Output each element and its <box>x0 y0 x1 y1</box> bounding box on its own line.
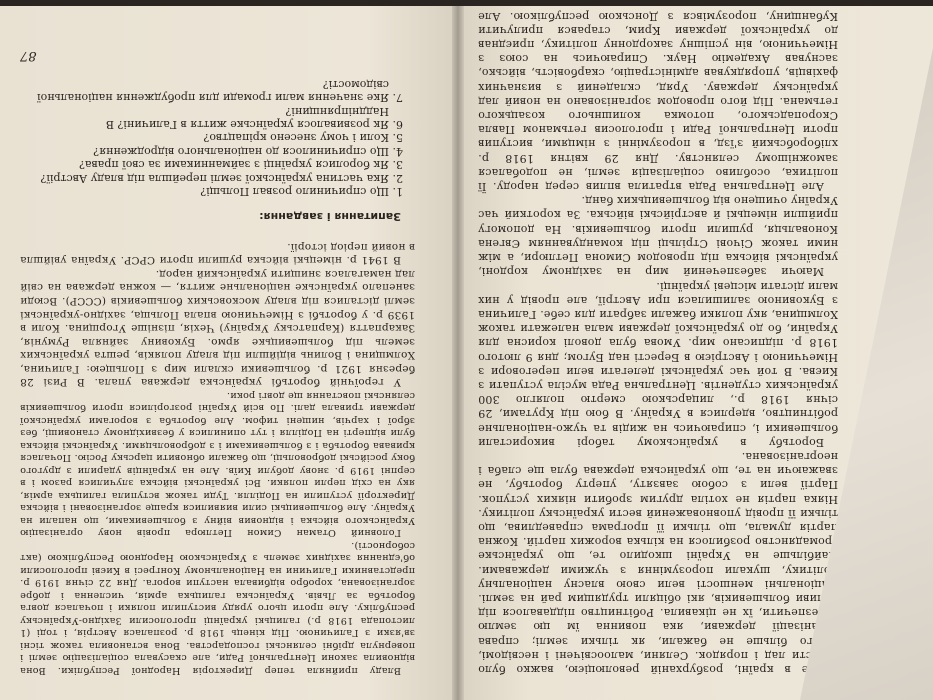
question-item: Яка частина української землі перейшла п… <box>20 171 389 184</box>
book-gutter <box>452 6 464 700</box>
left-page-content: Владу прийняла тепер Директорія Народної… <box>20 46 415 676</box>
question-item: Що спричинило розвал Польщі? <box>20 185 389 198</box>
paragraph: Владу прийняла тепер Директорія Народної… <box>20 539 415 677</box>
question-item: Що спричинилося до національного відродж… <box>20 144 389 157</box>
question-item: Яке значення мали громади для пробудженн… <box>20 77 389 104</box>
paragraph: Але в країні, розбурханій революцією, ва… <box>478 449 838 676</box>
right-page-content: Але в країні, розбурханій революцією, ва… <box>478 96 838 676</box>
paragraph: Боротьбу в українському таборі використа… <box>478 278 838 448</box>
question-item: Коли і чому знесено кріпацтво? <box>20 131 389 144</box>
left-page: Владу прийняла тепер Директорія Народної… <box>0 6 458 700</box>
paragraph: У героїчній боротьбі українська держава … <box>20 266 415 388</box>
questions-heading: Запитання і завдання: <box>20 210 401 223</box>
paragraph: Головний Отаман Симон Петлюра провів нов… <box>20 389 415 539</box>
page-number: 87 <box>20 48 415 63</box>
questions-list: Що спричинило розвал Польщі? Яка частина… <box>20 77 415 198</box>
paragraph: Маючи забезпечений мир на західному корд… <box>478 193 838 278</box>
paragraph: В 1941 р. німецькі війська рушили проти … <box>20 239 415 266</box>
question-item: Як розвивалося українське життя в Галичи… <box>20 104 389 131</box>
paragraph: Але Центральна Рада втратила вплив серед… <box>478 0 838 193</box>
question-item: Як боролися українці з займанниками за с… <box>20 158 389 171</box>
